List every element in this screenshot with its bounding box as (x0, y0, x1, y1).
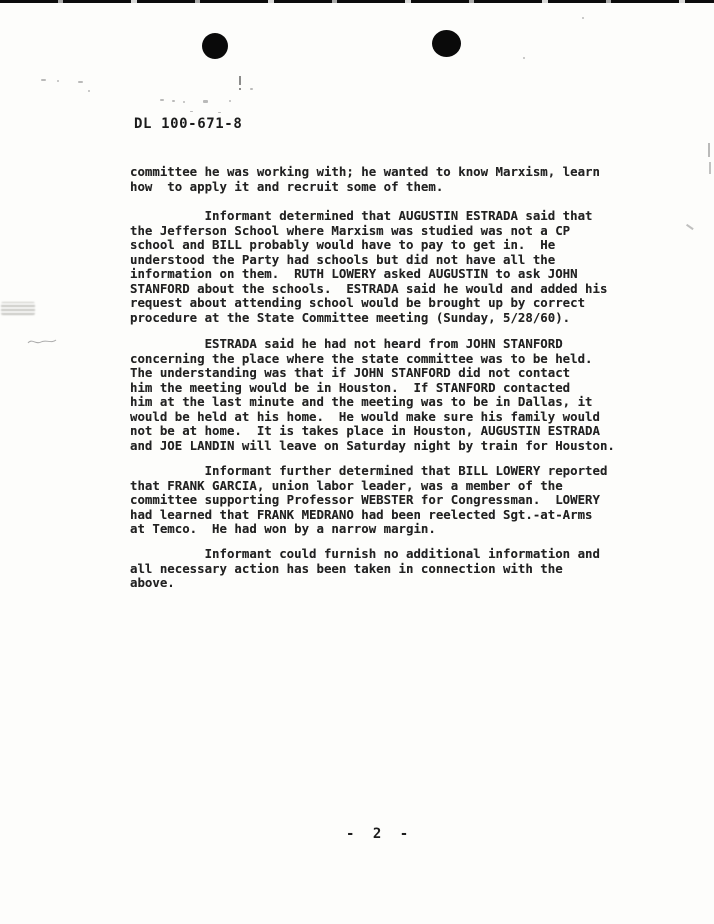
scan-speck (41, 79, 46, 81)
file-number: DL 100-671-8 (134, 116, 242, 132)
hole-punch-right (432, 30, 461, 57)
scan-diagonal-mark (686, 224, 693, 230)
scan-speck (250, 88, 253, 90)
scan-speck (57, 80, 59, 82)
scan-speck (78, 81, 83, 83)
page-number: - 2 - (346, 826, 413, 842)
scan-speck (229, 100, 231, 102)
memo-paragraph: Informant determined that AUGUSTIN ESTRA… (130, 209, 607, 325)
scan-speck (582, 17, 584, 19)
scan-speck (160, 99, 164, 101)
memo-paragraph: Informant could furnish no additional in… (130, 547, 600, 591)
scan-smudge-left-margin (1, 302, 35, 315)
scan-speck (218, 112, 221, 113)
scan-speck (172, 100, 175, 102)
scan-speck (523, 57, 525, 59)
scan-top-edge (0, 0, 714, 3)
scan-speck (88, 90, 90, 92)
scan-mark-exclamation (239, 76, 241, 85)
hole-punch-left (202, 33, 228, 59)
memo-paragraph-continuation: committee he was working with; he wanted… (130, 165, 600, 194)
scan-speck (203, 100, 208, 103)
scan-tick-right-edge (709, 162, 711, 174)
scan-speck (190, 111, 193, 112)
scan-mark-exclamation-dot (239, 88, 241, 90)
scan-speck (183, 101, 185, 103)
memo-paragraph: ESTRADA said he had not heard from JOHN … (130, 337, 615, 453)
scan-squiggle-mark (27, 332, 57, 351)
scan-tick-right-edge (708, 143, 710, 157)
scanned-memo-page: DL 100-671-8 committee he was working wi… (0, 0, 714, 924)
memo-paragraph: Informant further determined that BILL L… (130, 464, 607, 537)
